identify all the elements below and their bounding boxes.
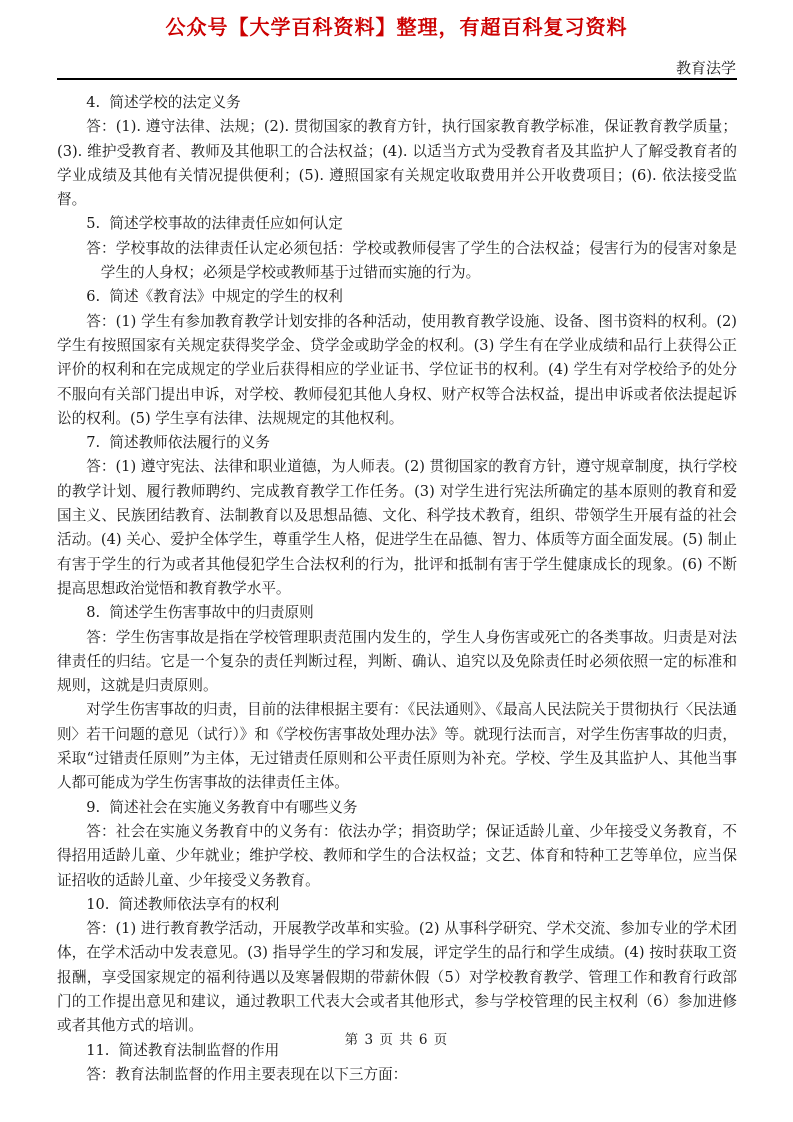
question-item: 5. 简述学校事故的法律责任应如何认定 — [57, 212, 737, 236]
answer-paragraph: 答：教育法制监督的作用主要表现在以下三方面： — [57, 1063, 737, 1087]
answer-paragraph: 答：(1). 遵守法律、法规；(2). 贯彻国家的教育方针，执行国家教育教学标准… — [57, 115, 737, 212]
answer-paragraph: 答：(1) 学生有参加教育教学计划安排的各种活动，使用教育教学设施、设备、图书资… — [57, 310, 737, 431]
header-divider — [57, 78, 737, 80]
question-item: 7. 简述教师依法履行的义务 — [57, 431, 737, 455]
answer-paragraph: 答：学校事故的法律责任认定必须包括：学校或教师侵害了学生的合法权益；侵害行为的侵… — [57, 237, 737, 286]
question-item: 10. 简述教师依法享有的权利 — [57, 893, 737, 917]
question-item: 4. 简述学校的法定义务 — [57, 91, 737, 115]
document-body: 4. 简述学校的法定义务 答：(1). 遵守法律、法规；(2). 贯彻国家的教育… — [57, 91, 737, 1087]
question-item: 8. 简述学生伤害事故中的归责原则 — [57, 601, 737, 625]
answer-paragraph: 答：(1) 进行教育教学活动，开展教学改革和实验。(2) 从事科学研究、学术交流… — [57, 917, 737, 1038]
answer-paragraph: 对学生伤害事故的归责，目前的法律根据主要有：《民法通则》、《最高人民法院关于贯彻… — [57, 698, 737, 795]
answer-paragraph: 答：(1) 遵守宪法、法律和职业道德，为人师表。(2) 贯彻国家的教育方针，遵守… — [57, 455, 737, 601]
question-item: 6. 简述《教育法》中规定的学生的权利 — [57, 285, 737, 309]
document-page: 公众号【大学百科资料】整理，有超百科复习资料 教育法学 4. 简述学校的法定义务… — [0, 0, 793, 1122]
page-number: 第 3 页 共 6 页 — [0, 1028, 793, 1048]
answer-paragraph: 答：学生伤害事故是指在学校管理职责范围内发生的，学生人身伤害或死亡的各类事故。归… — [57, 626, 737, 699]
course-title: 教育法学 — [57, 60, 736, 76]
answer-paragraph: 答：社会在实施义务教育中的义务有：依法办学；捐资助学；保证适龄儿童、少年接受义务… — [57, 820, 737, 893]
question-item: 9. 简述社会在实施义务教育中有哪些义务 — [57, 796, 737, 820]
page-banner-title: 公众号【大学百科资料】整理，有超百科复习资料 — [0, 0, 793, 40]
